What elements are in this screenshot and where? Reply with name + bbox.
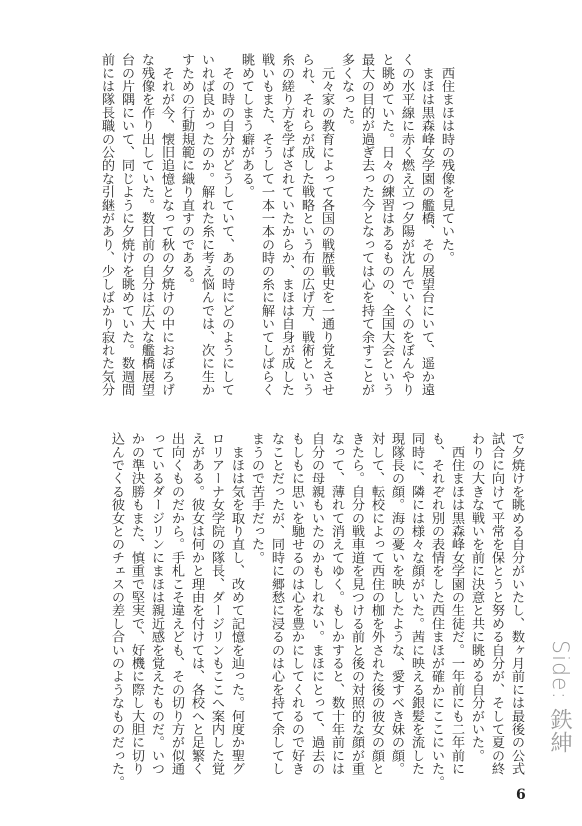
text-block-lower: で夕焼けを眺める自分がいたし、数ヶ月前には最後の公式 試合に向けて平常を保とうと… bbox=[106, 432, 526, 777]
text-line: その時の自分がどうしていて、あの時にどのようにして bbox=[216, 53, 236, 398]
text-line: きたら。自分の戦車道を見つける前と後の対照的な顔が重 bbox=[346, 432, 366, 777]
text-line: 眺めてしまう癖がある。 bbox=[236, 53, 256, 398]
text-line: と眺めていた。日々の練習はあるものの、全国大会という bbox=[376, 53, 396, 398]
text-block-upper: 西住まほは時の残像を見ていた。 まほは黒森峰女学園の艦橋、その展望台にいて、遥か… bbox=[96, 53, 456, 398]
text-line: で夕焼けを眺める自分がいたし、数ヶ月前には最後の公式 bbox=[506, 432, 526, 777]
chapter-side-title: Side: 鉄紳 bbox=[544, 640, 575, 754]
text-line: くの水平線に赤く燃え立つ夕陽が沈んでいくのをぼんやり bbox=[396, 53, 416, 398]
text-line: 多くなった。 bbox=[336, 53, 356, 398]
text-line: かの準決勝もまた、慎重で堅実で、好機に際し大胆に切り bbox=[126, 432, 146, 777]
page-number: 6 bbox=[516, 787, 526, 803]
text-line: 現隊長の顔。海の憂いを映したような、愛すべき妹の顔。 bbox=[386, 432, 406, 777]
text-line: 戦いもまた、そうして一本一本の時の糸に解いてしばらく bbox=[256, 53, 276, 398]
text-line: 元々家の教育によって各国の戦歴戦史を一通り覚えさせ bbox=[316, 53, 336, 398]
text-line: すための行動規範に織り直すのである。 bbox=[176, 53, 196, 398]
text-line: 最大の目的が過ぎ去った今となっては心を持て余すことが bbox=[356, 53, 376, 398]
text-line: 西住まほは黒森峰女学園の生徒だ。一年前にも二年前に bbox=[446, 432, 466, 777]
text-line: ロリアーナ女学院の隊長、ダージリンもここへ案内した覚 bbox=[206, 432, 226, 777]
text-line: 込んでくる彼女とのチェスの差し合いのようなものだった。 bbox=[106, 432, 126, 777]
text-line: 出向くものだから。手札こそ違えども、その切り方が似通 bbox=[166, 432, 186, 777]
text-line: 対して、転校によって西住の枷を外された後の彼女の顔と bbox=[366, 432, 386, 777]
text-line: えがある。彼女は何かと理由を付けては、各校へと足繁く bbox=[186, 432, 206, 777]
text-line: も、それぞれ別の表情をした西住まほが確かにここにいた。 bbox=[426, 432, 446, 777]
text-line: もしもに思いを馳せるのは心を豊かにしてくれるので好き bbox=[286, 432, 306, 777]
text-line: まほは黒森峰女学園の艦橋、その展望台にいて、遥か遠 bbox=[416, 53, 436, 398]
text-line: 試合に向けて平常を保とうと努める自分が、そして夏の終 bbox=[486, 432, 506, 777]
text-line: それが今、懐旧追憶となって秋の夕焼けの中におぼろげ bbox=[156, 53, 176, 398]
text-line: な残像を作り出していた。数日前の自分は広大な艦橋展望 bbox=[136, 53, 156, 398]
text-line: 糸の縒り方を学ばされていたからか、まほは自身が成した bbox=[276, 53, 296, 398]
text-line: まうので苦手だった。 bbox=[246, 432, 266, 777]
text-line: 前には隊長職の公的な引継があり、少しばかり寂れた気分 bbox=[96, 53, 116, 398]
text-line: 同時に、隣には様々な顔がいた。茜に映える銀髪を流した bbox=[406, 432, 426, 777]
text-line: られ、それらが成した戦略という布の広げ方、戦術という bbox=[296, 53, 316, 398]
text-line: わりの大きな戦いを前に決意と共に眺める自分がいた。 bbox=[466, 432, 486, 777]
text-line: っているダージリンにまほは親近感を覚えたものだ。いつ bbox=[146, 432, 166, 777]
text-line: 西住まほは時の残像を見ていた。 bbox=[436, 53, 456, 398]
text-line: なことだったが、同時に郷愁に浸るのは心を持て余してし bbox=[266, 432, 286, 777]
text-line: いれば良かったのか。解れた糸に考え悩んでは、次に生か bbox=[196, 53, 216, 398]
text-line: 台の片隅にいて、同じように夕焼けを眺めていた。数週間 bbox=[116, 53, 136, 398]
text-line: まほは気を取り直し、改めて記憶を辿った。何度か聖グ bbox=[226, 432, 246, 777]
text-line: なって、薄れて消えてゆく。もしかすると、数十年前には bbox=[326, 432, 346, 777]
text-line: 自分の母親もいたのかもしれない。まほにとって、過去の bbox=[306, 432, 326, 777]
